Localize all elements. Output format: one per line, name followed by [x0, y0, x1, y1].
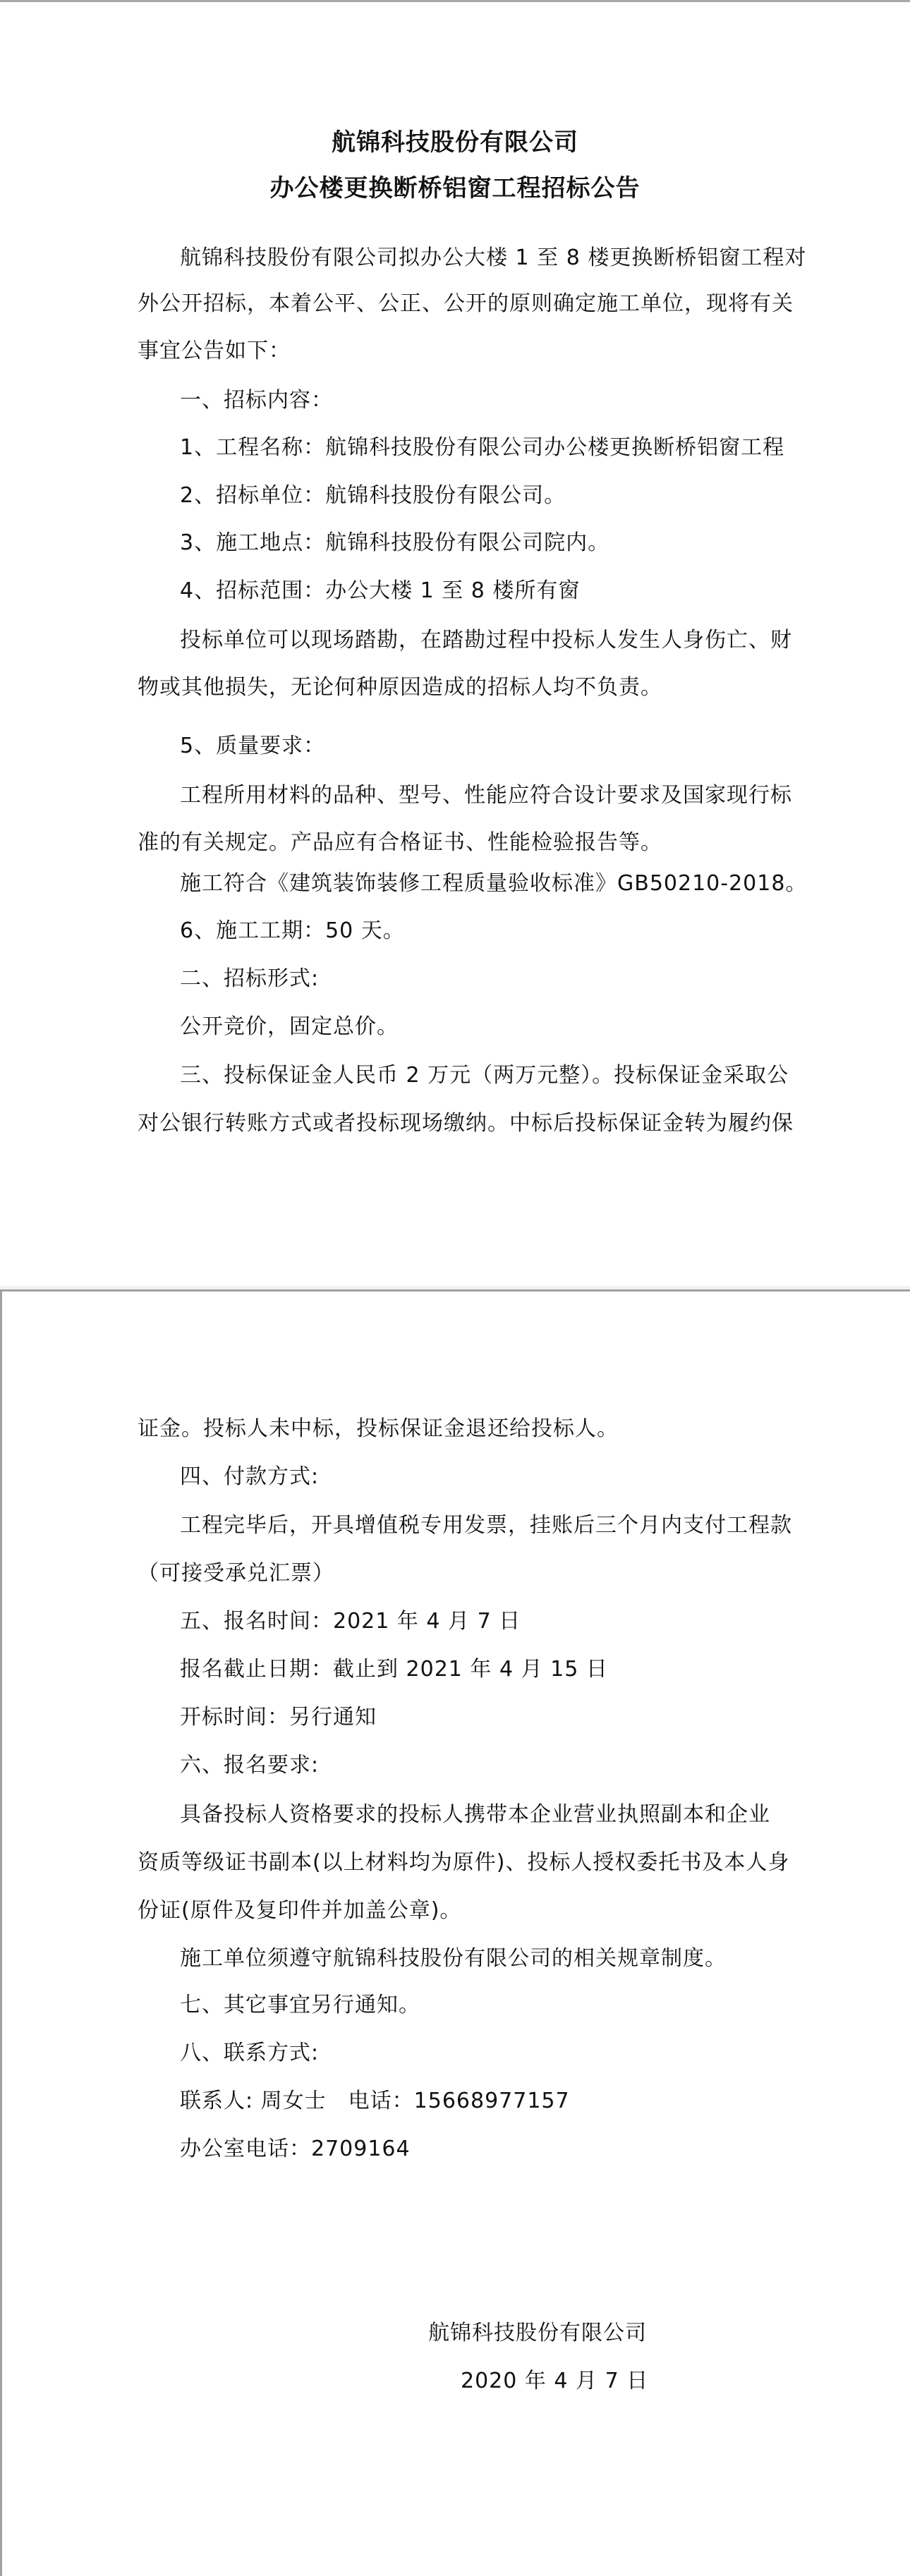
deposit-line: 对公银行转账方式或者投标现场缴纳。中标后投标保证金转为履约保	[138, 1110, 794, 1138]
payment-line: 工程完毕后，开具增值税专用发票，挂账后三个月内支付工程款	[180, 1512, 792, 1540]
site-visit-line: 投标单位可以现场踏勘，在踏勘过程中投标人发生人身伤亡、财	[180, 626, 792, 655]
duration-line: 6、施工工期：50 天。	[180, 917, 405, 945]
document-page-1: 航锦科技股份有限公司 办公楼更换断桥铝窗工程招标公告 航锦科技股份有限公司拟办公…	[0, 0, 910, 1289]
payment-line: （可接受承兑汇票）	[138, 1560, 334, 1588]
list-item: 3、施工地点：航锦科技股份有限公司院内。	[180, 529, 609, 557]
section-heading-payment: 四、付款方式:	[180, 1463, 319, 1491]
section-heading-requirements: 六、报名要求:	[180, 1751, 319, 1780]
requirement-line: 资质等级证书副本(以上材料均为原件)、投标人授权委托书及本人身	[138, 1849, 789, 1877]
quality-line: 工程所用材料的品种、型号、性能应符合设计要求及国家现行标	[180, 782, 792, 810]
list-item: 4、招标范围：办公大楼 1 至 8 楼所有窗	[180, 577, 580, 605]
standard-line: 施工符合《建筑装饰装修工程质量验收标准》GB50210-2018。	[180, 870, 807, 898]
requirement-line: 份证(原件及复印件并加盖公章)。	[138, 1897, 461, 1925]
contact-person-line: 联系人: 周女士 电话：15668977157	[180, 2087, 570, 2115]
list-item: 2、招标单位：航锦科技股份有限公司。	[180, 482, 566, 510]
quality-line: 准的有关规定。产品应有合格证书、性能检验报告等。	[138, 829, 662, 857]
signature-date: 2020 年 4 月 7 日	[461, 2367, 648, 2395]
document-title-notice: 办公楼更换断桥铝窗工程招标公告	[0, 173, 910, 204]
registration-time: 五、报名时间：2021 年 4 月 7 日	[180, 1608, 521, 1636]
bid-form-line: 公开竞价，固定总价。	[180, 1013, 399, 1041]
site-visit-line: 物或其他损失，无论何种原因造成的招标人均不负责。	[138, 674, 662, 702]
intro-line: 事宜公告如下：	[138, 337, 291, 365]
list-item: 1、工程名称：航锦科技股份有限公司办公楼更换断桥铝窗工程	[180, 434, 784, 462]
deposit-line: 三、投标保证金人民币 2 万元（两万元整）。投标保证金采取公	[180, 1062, 789, 1090]
opening-time: 开标时间：另行通知	[180, 1703, 377, 1732]
requirement-line: 具备投标人资格要求的投标人携带本企业营业执照副本和企业	[180, 1801, 770, 1829]
registration-deadline: 报名截止日期：截止到 2021 年 4 月 15 日	[180, 1655, 608, 1684]
document-page-2: 证金。投标人未中标，投标保证金退还给投标人。 四、付款方式: 工程完毕后，开具增…	[0, 1289, 910, 2576]
section-heading-contact: 八、联系方式:	[180, 2039, 319, 2067]
intro-line: 航锦科技股份有限公司拟办公大楼 1 至 8 楼更换断桥铝窗工程对	[180, 244, 806, 272]
document-title-company: 航锦科技股份有限公司	[0, 127, 910, 158]
rules-line: 施工单位须遵守航锦科技股份有限公司的相关规章制度。	[180, 1945, 727, 1973]
office-phone-line: 办公室电话：2709164	[180, 2135, 411, 2163]
section-heading-bid-form: 二、招标形式:	[180, 965, 319, 993]
intro-line: 外公开招标，本着公平、公正、公开的原则确定施工单位，现将有关	[138, 290, 794, 318]
deposit-cont-line: 证金。投标人未中标，投标保证金退还给投标人。	[138, 1415, 619, 1443]
section-heading-bid-content: 一、招标内容：	[180, 387, 333, 415]
signature-company: 航锦科技股份有限公司	[428, 2319, 647, 2347]
section-heading-quality: 5、质量要求：	[180, 732, 325, 760]
section-other-matters: 七、其它事宜另行通知。	[180, 1991, 420, 2019]
